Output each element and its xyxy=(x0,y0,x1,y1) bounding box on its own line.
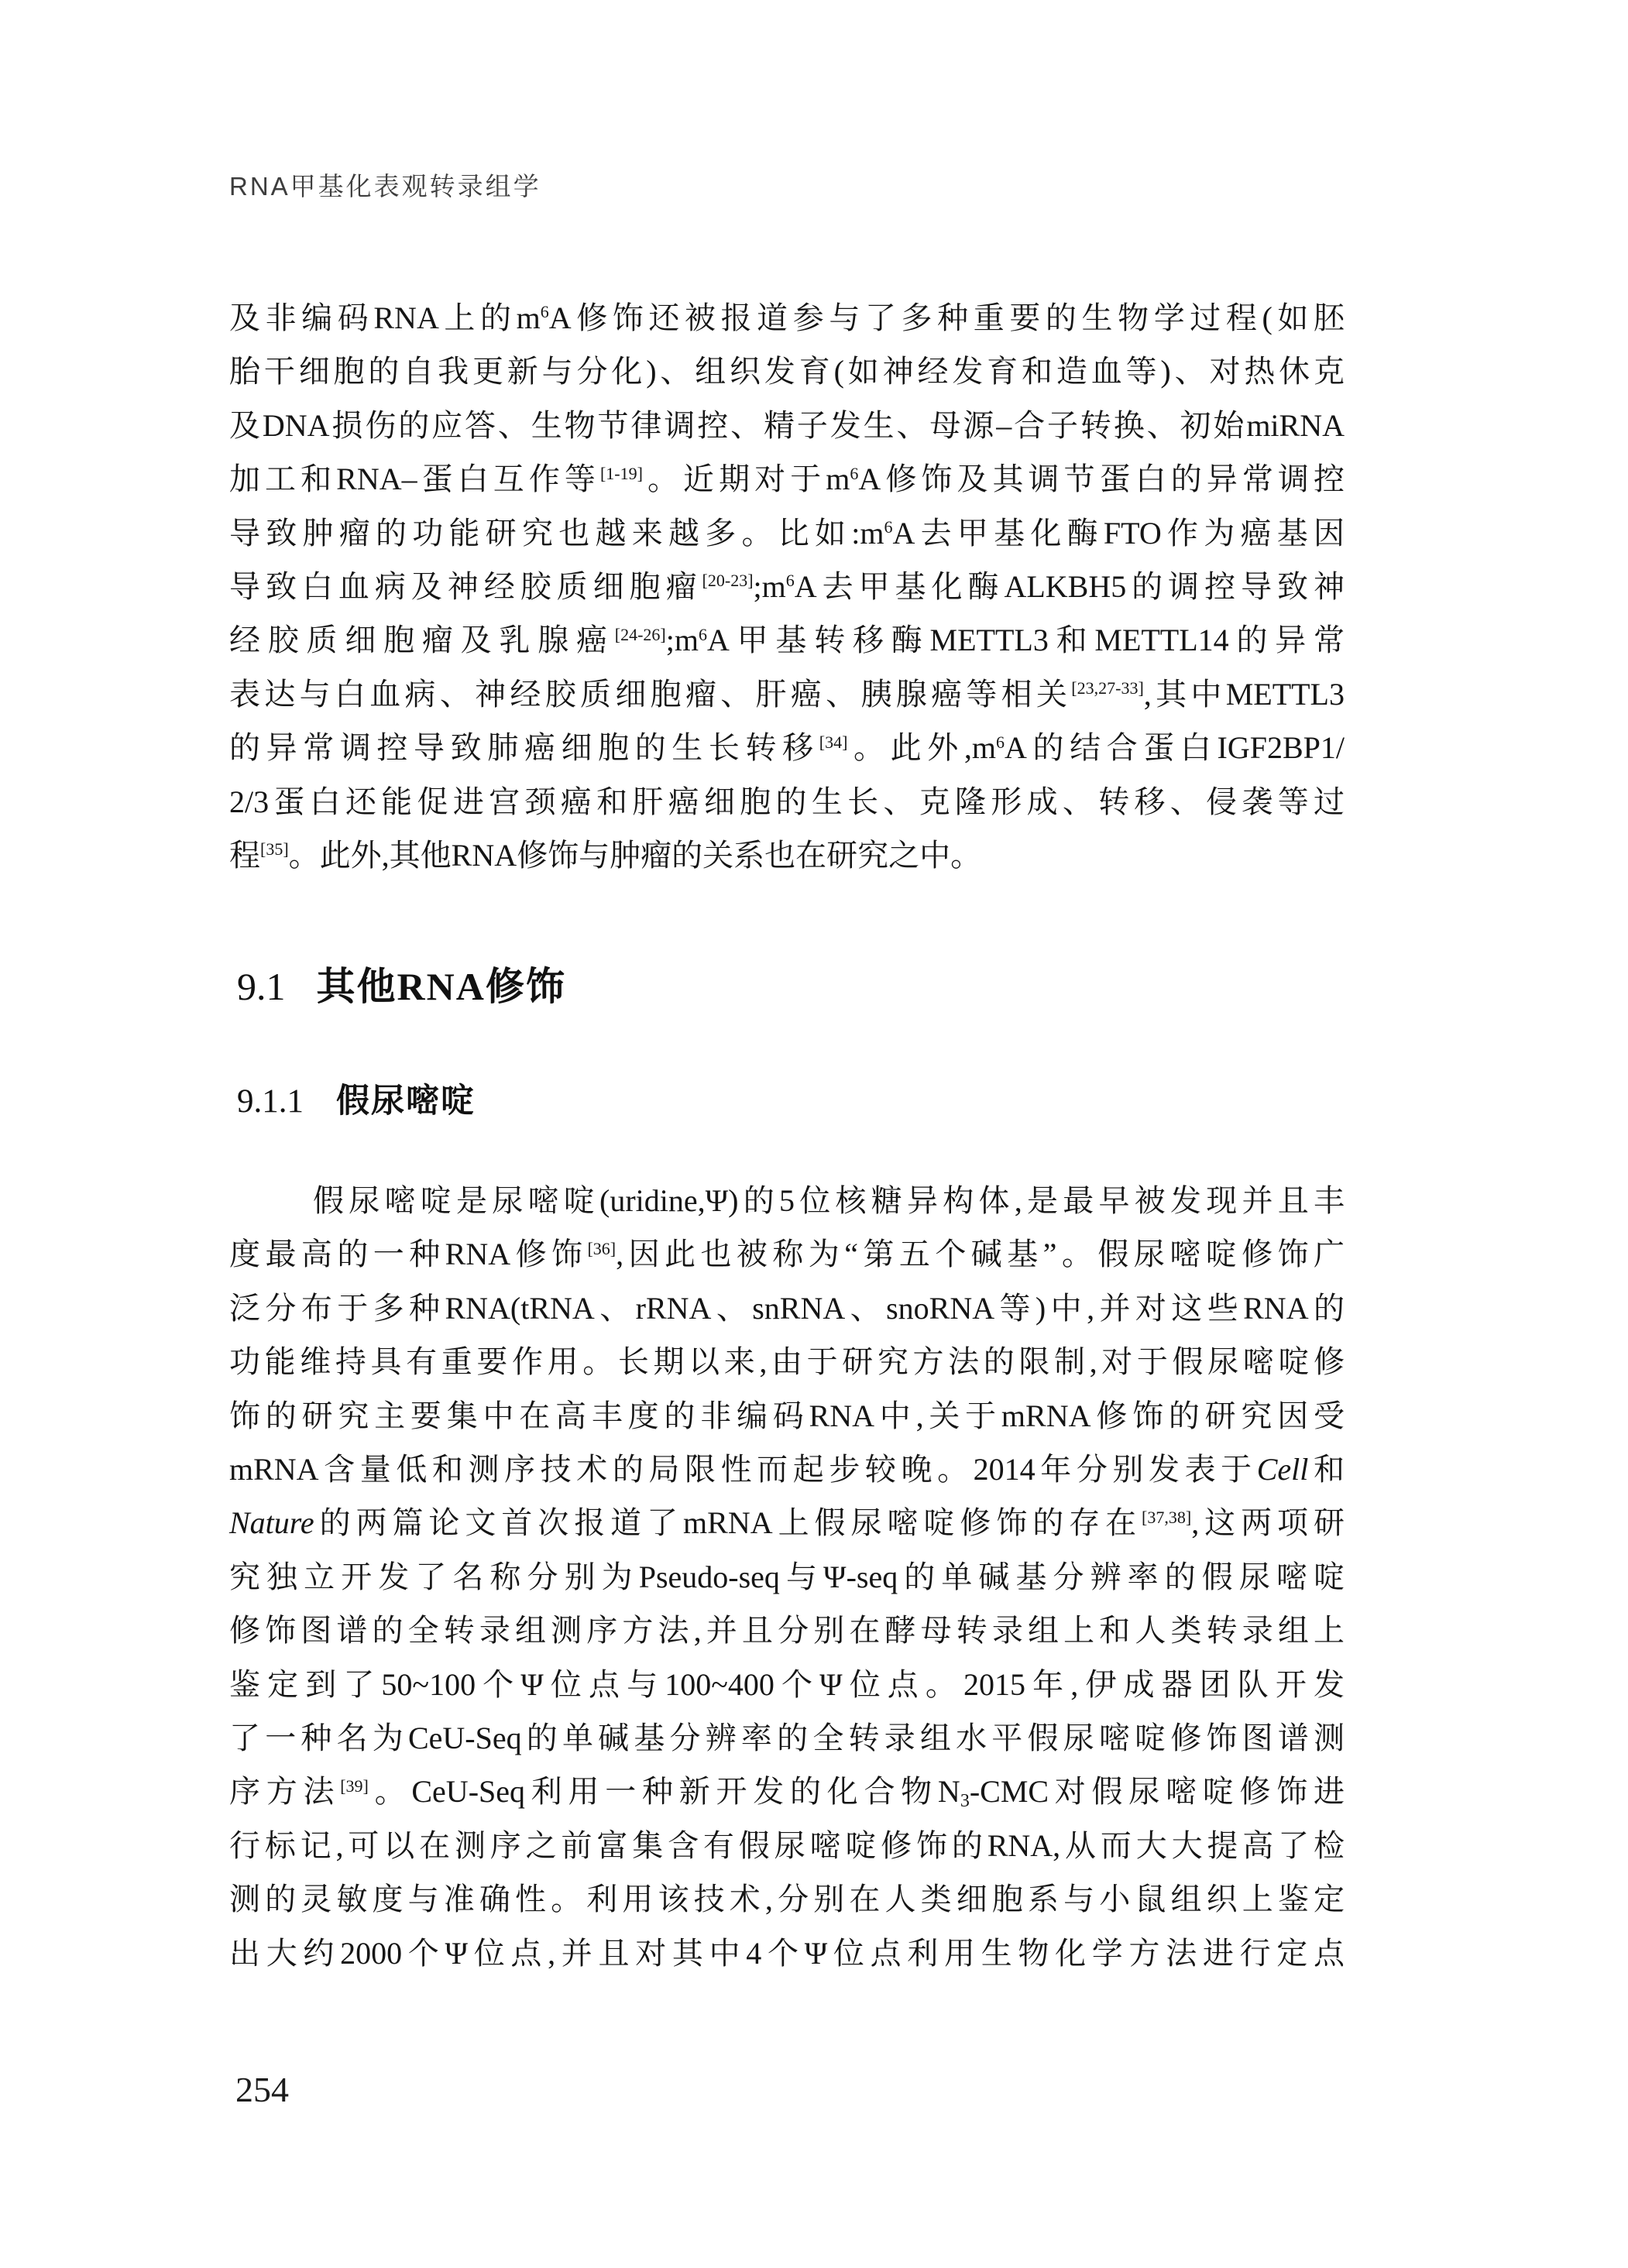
citation-superscript: [1-19] xyxy=(600,464,643,483)
text-segment: 鉴定到了50~100个Ψ位点与100~400个Ψ位点。2015年,伊成器团队开发 xyxy=(229,1667,1345,1702)
text-line: 经胶质细胞瘤及乳腺癌[24-26];m6A甲基转移酶METTL3和METTL14… xyxy=(229,613,1345,667)
citation-superscript: 6 xyxy=(996,733,1005,752)
running-header: RNA甲基化表观转录组学 xyxy=(229,166,541,203)
text-segment: A修饰及其调节蛋白的异常调控 xyxy=(858,461,1345,496)
text-segment: 的两篇论文首次报道了mRNA上假尿嘧啶修饰的存在 xyxy=(314,1505,1142,1540)
citation-superscript: [23,27-33] xyxy=(1071,678,1143,698)
text-segment: 功能维持具有重要作用。长期以来,由于研究方法的限制,对于假尿嘧啶修 xyxy=(229,1344,1345,1379)
text-segment: 饰的研究主要集中在高丰度的非编码RNA中,关于mRNA修饰的研究因受 xyxy=(229,1398,1345,1433)
text-segment: 泛分布于多种RNA(tRNA、rRNA、snRNA、snoRNA等)中,并对这些… xyxy=(229,1291,1345,1326)
text-segment: ,这两项研 xyxy=(1191,1505,1345,1540)
text-line: 出大约2000个Ψ位点,并且对其中4个Ψ位点利用生物化学方法进行定点 xyxy=(229,1927,1345,1980)
text-segment: 表达与白血病、神经胶质细胞瘤、肝癌、胰腺癌等相关 xyxy=(229,677,1071,712)
italic-journal-name: Nature xyxy=(229,1505,314,1540)
text-line: 及非编码RNA上的m6A修饰还被报道参与了多种重要的生物学过程(如胚 xyxy=(229,291,1345,345)
text-segment: 程 xyxy=(229,838,260,873)
citation-superscript: [39] xyxy=(340,1776,369,1796)
text-segment: ,因此也被称为“第五个碱基”。假尿嘧啶修饰广 xyxy=(616,1237,1345,1271)
text-segment: 序方法 xyxy=(229,1774,340,1809)
subsection-title: 假尿嘧啶 xyxy=(336,1083,476,1121)
citation-superscript: [34] xyxy=(819,733,848,752)
text-segment: 了一种名为CeU-Seq的单碱基分辨率的全转录组水平假尿嘧啶修饰图谱测 xyxy=(229,1721,1345,1755)
page-number: 254 xyxy=(235,2069,289,2110)
text-line: Nature的两篇论文首次报道了mRNA上假尿嘧啶修饰的存在[37,38],这两… xyxy=(229,1496,1345,1549)
citation-superscript: [20-23] xyxy=(702,571,754,590)
text-segment: 度最高的一种RNA修饰 xyxy=(229,1237,587,1271)
text-line: 胎干细胞的自我更新与分化)、组织发育(如神经发育和造血等)、对热休克 xyxy=(229,345,1345,398)
section-heading: 9.1 其他RNA修饰 xyxy=(237,964,566,1009)
text-segment: A去甲基化酶ALKBH5的调控导致神 xyxy=(795,569,1345,604)
text-line: 度最高的一种RNA修饰[36],因此也被称为“第五个碱基”。假尿嘧啶修饰广 xyxy=(229,1227,1345,1281)
text-segment: 导致白血病及神经胶质细胞瘤 xyxy=(229,569,702,604)
subsection-number: 9.1.1 xyxy=(237,1083,304,1121)
section-number: 9.1 xyxy=(237,964,286,1009)
text-line: 程[35]。此外,其他RNA修饰与肿瘤的关系也在研究之中。 xyxy=(229,829,1345,882)
text-line: 功能维持具有重要作用。长期以来,由于研究方法的限制,对于假尿嘧啶修 xyxy=(229,1335,1345,1388)
text-segment: ;m xyxy=(666,623,699,657)
chemical-subscript: 3 xyxy=(960,1791,970,1811)
text-line: 饰的研究主要集中在高丰度的非编码RNA中,关于mRNA修饰的研究因受 xyxy=(229,1389,1345,1443)
text-segment: A甲基转移酶METTL3和METTL14的异常 xyxy=(707,623,1345,657)
paragraph-pseudouridine: 假尿嘧啶是尿嘧啶(uridine,Ψ)的5位核糖异构体,是最早被发现并且丰度最高… xyxy=(229,1174,1345,1980)
text-segment: 。近期对于m xyxy=(643,461,850,496)
text-segment: A的结合蛋白IGF2BP1/ xyxy=(1005,730,1345,765)
text-segment: 。此外,m xyxy=(847,730,996,765)
text-segment: 导致肿瘤的功能研究也越来越多。比如:m xyxy=(229,516,884,551)
text-segment: -CMC对假尿嘧啶修饰进 xyxy=(970,1774,1345,1809)
text-line: 测的灵敏度与准确性。利用该技术,分别在人类细胞系与小鼠组织上鉴定 xyxy=(229,1872,1345,1926)
text-line: 导致白血病及神经胶质细胞瘤[20-23];m6A去甲基化酶ALKBH5的调控导致… xyxy=(229,560,1345,613)
citation-superscript: [35] xyxy=(260,839,289,859)
text-line: 及DNA损伤的应答、生物节律调控、精子发生、母源–合子转换、初始miRNA xyxy=(229,399,1345,452)
citation-superscript: [37,38] xyxy=(1142,1508,1191,1527)
text-segment: 的异常调控导致肺癌细胞的生长转移 xyxy=(229,730,819,765)
text-segment: A修饰还被报道参与了多种重要的生物学过程(如胚 xyxy=(549,300,1345,335)
text-segment: 及非编码RNA上的m xyxy=(229,300,541,335)
citation-superscript: 6 xyxy=(786,571,795,590)
text-line: 表达与白血病、神经胶质细胞瘤、肝癌、胰腺癌等相关[23,27-33],其中MET… xyxy=(229,667,1345,721)
text-line: 了一种名为CeU-Seq的单碱基分辨率的全转录组水平假尿嘧啶修饰图谱测 xyxy=(229,1711,1345,1765)
text-segment: A去甲基化酶FTO作为癌基因 xyxy=(893,516,1345,551)
section-title: 其他RNA修饰 xyxy=(317,964,566,1009)
italic-journal-name: Cell xyxy=(1257,1452,1309,1487)
text-line: 的异常调控导致肺癌细胞的生长转移[34]。此外,m6A的结合蛋白IGF2BP1/ xyxy=(229,721,1345,774)
text-segment: 加工和RNA–蛋白互作等 xyxy=(229,461,600,496)
text-segment: 究独立开发了名称分别为Pseudo-seq与Ψ-seq的单碱基分辨率的假尿嘧啶 xyxy=(229,1559,1345,1594)
text-line: 2/3蛋白还能促进宫颈癌和肝癌细胞的生长、克隆形成、转移、侵袭等过 xyxy=(229,775,1345,829)
citation-superscript: 6 xyxy=(884,517,893,537)
text-line: 序方法[39]。CeU-Seq利用一种新开发的化合物N3-CMC对假尿嘧啶修饰进 xyxy=(229,1765,1345,1818)
text-segment: 测的灵敏度与准确性。利用该技术,分别在人类细胞系与小鼠组织上鉴定 xyxy=(229,1882,1345,1916)
text-segment: 修饰图谱的全转录组测序方法,并且分别在酵母转录组上和人类转录组上 xyxy=(229,1613,1345,1648)
text-segment: ;m xyxy=(754,569,786,604)
text-line: mRNA含量低和测序技术的局限性而起步较晚。2014年分别发表于Cell和 xyxy=(229,1443,1345,1496)
text-segment: 出大约2000个Ψ位点,并且对其中4个Ψ位点利用生物化学方法进行定点 xyxy=(229,1936,1345,1971)
citation-superscript: [36] xyxy=(587,1239,616,1258)
text-segment: 2/3蛋白还能促进宫颈癌和肝癌细胞的生长、克隆形成、转移、侵袭等过 xyxy=(229,784,1345,819)
text-line: 行标记,可以在测序之前富集含有假尿嘧啶修饰的RNA,从而大大提高了检 xyxy=(229,1819,1345,1872)
citation-superscript: [24-26] xyxy=(615,625,666,644)
text-line: 假尿嘧啶是尿嘧啶(uridine,Ψ)的5位核糖异构体,是最早被发现并且丰 xyxy=(229,1174,1345,1227)
text-segment: 经胶质细胞瘤及乳腺癌 xyxy=(229,623,615,657)
citation-superscript: 6 xyxy=(541,302,549,321)
text-segment: mRNA含量低和测序技术的局限性而起步较晚。2014年分别发表于 xyxy=(229,1452,1257,1487)
text-segment: ,其中METTL3 xyxy=(1144,677,1345,712)
paragraph-intro-m6a: 及非编码RNA上的m6A修饰还被报道参与了多种重要的生物学过程(如胚胎干细胞的自… xyxy=(229,291,1345,882)
text-line: 加工和RNA–蛋白互作等[1-19]。近期对于m6A修饰及其调节蛋白的异常调控 xyxy=(229,452,1345,506)
text-line: 泛分布于多种RNA(tRNA、rRNA、snRNA、snoRNA等)中,并对这些… xyxy=(229,1282,1345,1335)
text-segment: 和 xyxy=(1308,1452,1345,1487)
text-segment: 行标记,可以在测序之前富集含有假尿嘧啶修饰的RNA,从而大大提高了检 xyxy=(229,1828,1345,1863)
text-line: 导致肿瘤的功能研究也越来越多。比如:m6A去甲基化酶FTO作为癌基因 xyxy=(229,506,1345,560)
text-line: 究独立开发了名称分别为Pseudo-seq与Ψ-seq的单碱基分辨率的假尿嘧啶 xyxy=(229,1550,1345,1604)
subsection-heading: 9.1.1 假尿嘧啶 xyxy=(237,1083,476,1121)
text-segment: 及DNA损伤的应答、生物节律调控、精子发生、母源–合子转换、初始miRNA xyxy=(229,408,1345,443)
text-segment: 。此外,其他RNA修饰与肿瘤的关系也在研究之中。 xyxy=(289,838,981,873)
text-segment: 胎干细胞的自我更新与分化)、组织发育(如神经发育和造血等)、对热休克 xyxy=(229,354,1345,389)
citation-superscript: 6 xyxy=(699,625,707,644)
text-line: 鉴定到了50~100个Ψ位点与100~400个Ψ位点。2015年,伊成器团队开发 xyxy=(229,1658,1345,1711)
citation-superscript: 6 xyxy=(850,464,858,483)
text-segment: 。CeU-Seq利用一种新开发的化合物N xyxy=(369,1774,960,1809)
text-line: 修饰图谱的全转录组测序方法,并且分别在酵母转录组上和人类转录组上 xyxy=(229,1604,1345,1657)
text-segment: 假尿嘧啶是尿嘧啶(uridine,Ψ)的5位核糖异构体,是最早被发现并且丰 xyxy=(313,1183,1345,1218)
book-page: RNA甲基化表观转录组学 及非编码RNA上的m6A修饰还被报道参与了多种重要的生… xyxy=(0,0,1628,2268)
